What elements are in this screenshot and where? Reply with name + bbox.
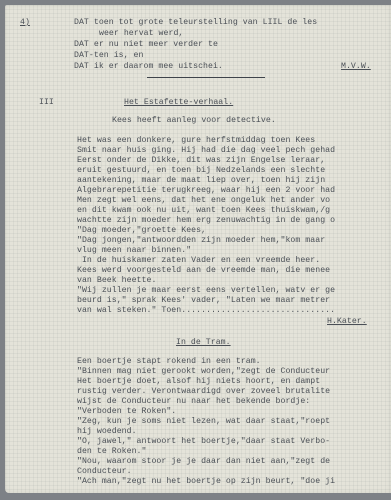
text-line: "O, jawel," antwoort het boertje,"daar s… (77, 437, 330, 447)
text-line: vlug meen naar binnen." (77, 246, 191, 256)
section-title: Het Estafette-verhaal. (124, 98, 233, 108)
text-line: "Dag jongen,"antwoordden zijn moeder hem… (77, 236, 325, 246)
text-line: rustig verder. Verontwaardigd over zovee… (77, 387, 330, 397)
text-line: "Binnen mag niet gerookt worden,"zegt de… (77, 367, 330, 377)
text-line: aantekening, maar de maat liep over, toe… (77, 176, 325, 186)
text-line: DAT-ten is, en (74, 51, 144, 61)
text-line: "Wij zullen je maar eerst eens vertellen… (77, 286, 335, 296)
text-line: Smit naar huis ging. Hij had die dag vee… (77, 146, 335, 156)
text-line: van Beek heette. (77, 276, 156, 286)
text-line: DAT ik er daarom mee uitschei. (74, 62, 223, 72)
text-line: "Nou, waarom stoor je je daar dan niet a… (77, 457, 330, 467)
text-line: Eerst onder de Dikke, dit was zijn Engel… (77, 156, 325, 166)
section-number: 4) (20, 18, 30, 28)
text-line: Het boertje doet, alsof hij niets hoort,… (77, 377, 320, 387)
text-line: Algebrarepetitie terugkreeg, waar hij ee… (77, 186, 335, 196)
signature: H.Kater. (327, 317, 367, 327)
text-line: den te Roken." (77, 447, 147, 457)
text-line: Men zegt wel eens, dat het ene ongeluk h… (77, 196, 330, 206)
text-line: weer hervat werd, (99, 29, 183, 39)
text-line: wachtte zijn moeder hem erg zenuwachtig … (77, 216, 335, 226)
signature: M.V.W. (341, 62, 371, 72)
text-line: Een boertje stapt rokend in een tram. (77, 357, 261, 367)
text-line: beurd is," sprak Kees' vader, "Laten we … (77, 296, 330, 306)
text-line: Het was een donkere, gure herfstmiddag t… (77, 136, 315, 146)
text-line: In de huiskamer zaten Vader en een vreem… (77, 256, 320, 266)
text-line: DAT toen tot grote teleurstelling van LI… (74, 18, 317, 28)
text-line: Conducteur. (77, 467, 132, 477)
section-number: III (39, 98, 54, 108)
text-line: "Verboden te Roken". (77, 407, 176, 417)
section-subtitle: Kees heeft aanleg voor detective. (112, 116, 276, 126)
text-line: wijst de Conducteur nu naar het bekende … (77, 397, 310, 407)
text-line: eruit gestuurd, en toen bij Nedzelands e… (77, 166, 325, 176)
document-page: 4) DAT toen tot grote teleurstelling van… (5, 5, 391, 493)
section-title: In de Tram. (176, 338, 231, 348)
text-line: en dit kwam ook nu uit, want toen Kees t… (77, 206, 330, 216)
text-line: hij woedend. (77, 427, 137, 437)
divider (147, 77, 265, 78)
text-line: "Zeg, kun je soms niet lezen, wat daar s… (77, 417, 330, 427)
text-line: "Ach man,"zegt nu het boertje op zijn be… (77, 477, 335, 487)
text-line: "Dag moeder,"groette Kees, (77, 226, 206, 236)
text-line: Kees werd voorgesteld aan de vreemde man… (77, 266, 330, 276)
text-line: DAT er nu niet meer verder te (74, 40, 218, 50)
text-line: van wal steken." Toen...................… (77, 306, 335, 316)
